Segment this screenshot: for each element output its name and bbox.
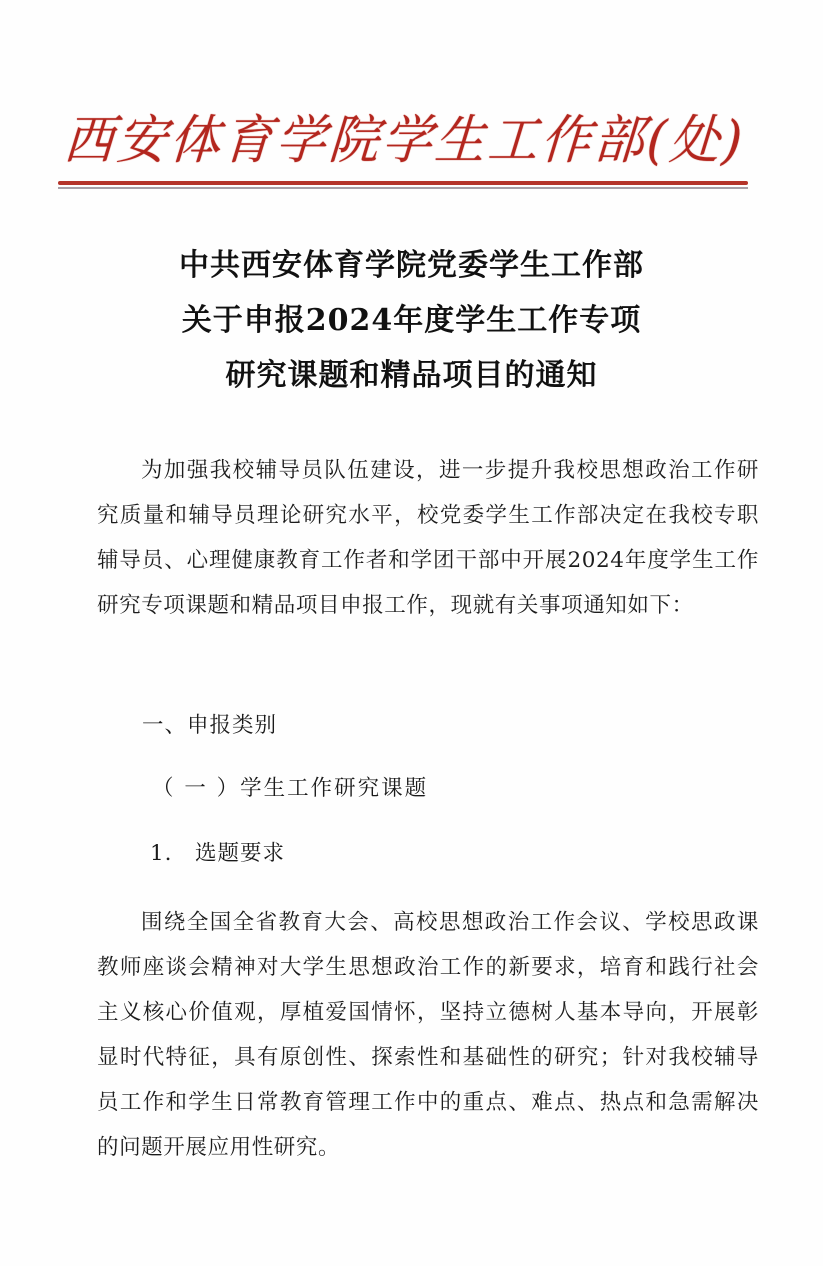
letterhead: 西安体育学院学生工作部(处) bbox=[55, 108, 755, 172]
divider-red-line bbox=[58, 181, 748, 185]
item-heading-text: 选题要求 bbox=[195, 841, 285, 866]
section-heading-declaration-categories: 一、申报类别 bbox=[142, 710, 277, 742]
letterhead-divider bbox=[58, 181, 748, 191]
intro-paragraph: 为加强我校辅导员队伍建设，进一步提升我校思想政治工作研究质量和辅导员理论研究水平… bbox=[97, 448, 759, 628]
topic-requirements-paragraph: 围绕全国全省教育大会、高校思想政治工作会议、学校思政课教师座谈会精神对大学生思想… bbox=[97, 900, 759, 1170]
item-number: 1. bbox=[150, 838, 195, 870]
letterhead-title: 西安体育学院学生工作部(处) bbox=[62, 106, 747, 173]
title-line-3: 研究课题和精品项目的通知 bbox=[0, 348, 823, 403]
divider-gray-line bbox=[58, 187, 748, 189]
document-title: 中共西安体育学院党委学生工作部 关于申报2024年度学生工作专项 研究课题和精品… bbox=[0, 238, 823, 403]
document-page: 西安体育学院学生工作部(处) 中共西安体育学院党委学生工作部 关于申报2024年… bbox=[0, 0, 823, 1266]
item-heading-topic-requirements: 1.选题要求 bbox=[150, 838, 285, 870]
subsection-heading-research-topics: （ 一 ）学生工作研究课题 bbox=[152, 773, 428, 805]
title-line-2: 关于申报2024年度学生工作专项 bbox=[0, 293, 823, 348]
title-line-1: 中共西安体育学院党委学生工作部 bbox=[0, 238, 823, 293]
